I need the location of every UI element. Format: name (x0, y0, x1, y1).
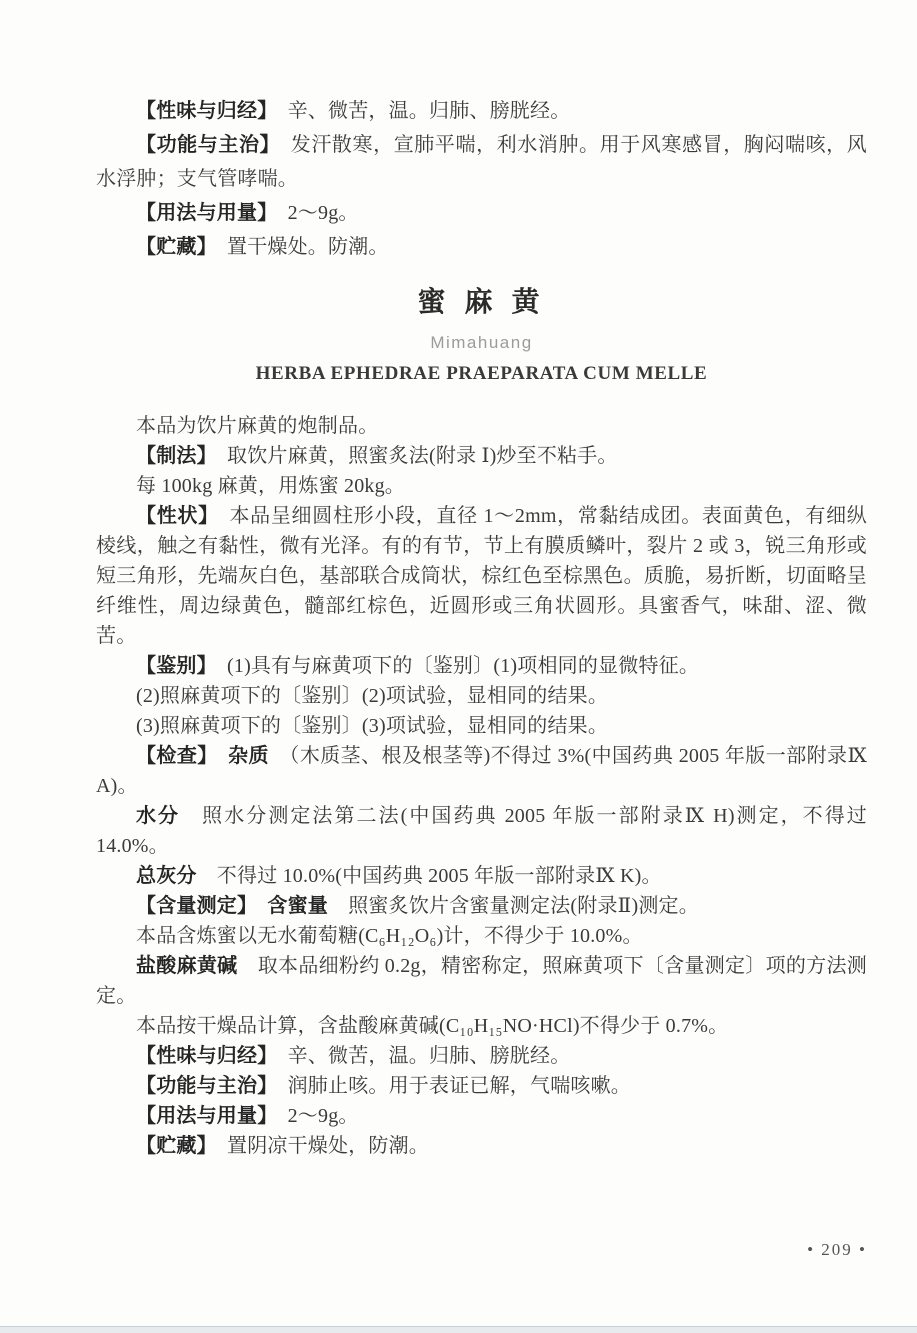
section-label: 【用法与用量】 (136, 1105, 267, 1127)
section-label: 【性味与归经】 (136, 100, 267, 122)
paragraph-examination-impurity: 【检查】 杂质 （木质茎、根及根茎等)不得过 3%(中国药典 2005 年版一部… (96, 741, 867, 801)
page-content: 【性味与归经】 辛、微苦，温。归肺、膀胱经。 【功能与主治】 发汗散寒，宣肺平喘… (96, 94, 867, 1161)
paragraph-text: 本品为饮片麻黄的炮制品。 (136, 415, 378, 437)
paragraph-functions: 【功能与主治】 发汗散寒，宣肺平喘，利水消肿。用于风寒感冒，胸闷喘咳，风水浮肿；… (96, 128, 867, 196)
paragraph-glucose-limit: 本品含炼蜜以无水葡萄糖(C₆H₁₂O₆)计，不得少于 10.0%。 (96, 921, 867, 951)
section-label: 【用法与用量】 (136, 202, 267, 224)
paragraph-text: 润肺止咳。用于表证已解，气喘咳嗽。 (267, 1075, 631, 1097)
paragraph-source: 本品为饮片麻黄的炮制品。 (96, 411, 867, 441)
section-label: 【性味与归经】 (136, 1045, 267, 1067)
paragraph-text: 置阴凉干燥处，防潮。 (207, 1135, 429, 1157)
monograph-title-block: 蜜 麻 黄 Mimahuang HERBA EPHEDRAE PRAEPARAT… (96, 286, 867, 387)
scan-edge-artifact (0, 1326, 917, 1333)
paragraph-text: (2)照麻黄项下的〔鉴别〕(2)项试验，显相同的结果。 (136, 685, 608, 707)
sub-label: 总灰分 (136, 865, 197, 887)
sub-label: 水分 (136, 805, 180, 827)
paragraph-honey-ratio: 每 100kg 麻黄，用炼蜜 20kg。 (96, 471, 867, 501)
paragraph-text: (3)照麻黄项下的〔鉴别〕(3)项试验，显相同的结果。 (136, 715, 608, 737)
paragraph-assay-honey: 【含量测定】 含蜜量 照蜜炙饮片含蜜量测定法(附录Ⅱ)测定。 (96, 891, 867, 921)
paragraph-identification-1: 【鉴别】 (1)具有与麻黄项下的〔鉴别〕(1)项相同的显微特征。 (96, 651, 867, 681)
paragraph-property-meridian: 【性味与归经】 辛、微苦，温。归肺、膀胱经。 (96, 94, 867, 128)
paragraph-text: 照水分测定法第二法(中国药典 2005 年版一部附录Ⅸ H)测定，不得过 14.… (96, 805, 867, 857)
paragraph-total-ash: 总灰分 不得过 10.0%(中国药典 2005 年版一部附录Ⅸ K)。 (96, 861, 867, 891)
sub-label: 盐酸麻黄碱 (136, 955, 237, 977)
paragraph-storage: 【贮藏】 置阴凉干燥处，防潮。 (96, 1131, 867, 1161)
monograph-body: 本品为饮片麻黄的炮制品。 【制法】 取饮片麻黄，照蜜炙法(附录 Ⅰ)炒至不粘手。… (96, 411, 867, 1161)
paragraph-text: 本品含炼蜜以无水葡萄糖(C₆H₁₂O₆)计，不得少于 10.0%。 (136, 925, 643, 947)
section-label: 【性状】 (136, 505, 209, 527)
section-label: 【鉴别】 (136, 655, 207, 677)
paragraph-text: 辛、微苦，温。归肺、膀胱经。 (267, 100, 570, 122)
sub-label: 含蜜量 (247, 895, 328, 917)
paragraph-text: 2～9g。 (267, 202, 358, 224)
monograph-title-latin: HERBA EPHEDRAE PRAEPARATA CUM MELLE (96, 361, 867, 387)
paragraph-text: 本品呈细圆柱形小段，直径 1～2mm，常黏结成团。表面黄色，有细纵棱线，触之有黏… (96, 505, 867, 647)
previous-monograph-tail: 【性味与归经】 辛、微苦，温。归肺、膀胱经。 【功能与主治】 发汗散寒，宣肺平喘… (96, 94, 867, 264)
section-label: 【制法】 (136, 445, 207, 467)
scanned-document-page: 【性味与归经】 辛、微苦，温。归肺、膀胱经。 【功能与主治】 发汗散寒，宣肺平喘… (0, 0, 917, 1333)
section-label: 【贮藏】 (136, 236, 207, 258)
paragraph-property-meridian: 【性味与归经】 辛、微苦，温。归肺、膀胱经。 (96, 1041, 867, 1071)
paragraph-text: 不得过 10.0%(中国药典 2005 年版一部附录Ⅸ K)。 (197, 865, 662, 887)
paragraph-text: (1)具有与麻黄项下的〔鉴别〕(1)项相同的显微特征。 (207, 655, 699, 677)
paragraph-description: 【性状】 本品呈细圆柱形小段，直径 1～2mm，常黏结成团。表面黄色，有细纵棱线… (96, 501, 867, 651)
paragraph-identification-3: (3)照麻黄项下的〔鉴别〕(3)项试验，显相同的结果。 (96, 711, 867, 741)
section-label: 【含量测定】 (136, 895, 247, 917)
paragraph-text: 本品按干燥品计算，含盐酸麻黄碱(C₁₀H₁₅NO·HCl)不得少于 0.7%。 (136, 1015, 728, 1037)
section-label: 【贮藏】 (136, 1135, 207, 1157)
monograph-title-chinese: 蜜 麻 黄 (96, 286, 867, 320)
paragraph-storage: 【贮藏】 置干燥处。防潮。 (96, 230, 867, 264)
paragraph-dosage: 【用法与用量】 2～9g。 (96, 196, 867, 230)
paragraph-text: 辛、微苦，温。归肺、膀胱经。 (267, 1045, 570, 1067)
monograph-title-pinyin: Mimahuang (96, 332, 867, 354)
paragraph-text: 2～9g。 (267, 1105, 358, 1127)
paragraph-text: 置干燥处。防潮。 (207, 236, 389, 258)
sub-label: 杂质 (208, 745, 269, 767)
section-label: 【功能与主治】 (136, 1075, 267, 1097)
paragraph-ephedrine-assay: 盐酸麻黄碱 取本品细粉约 0.2g，精密称定，照麻黄项下〔含量测定〕项的方法测定… (96, 951, 867, 1011)
paragraph-dosage: 【用法与用量】 2～9g。 (96, 1101, 867, 1131)
paragraph-text: 每 100kg 麻黄，用炼蜜 20kg。 (136, 475, 405, 497)
paragraph-text: 取饮片麻黄，照蜜炙法(附录 Ⅰ)炒至不粘手。 (207, 445, 618, 467)
paragraph-water-content: 水分 照水分测定法第二法(中国药典 2005 年版一部附录Ⅸ H)测定，不得过 … (96, 801, 867, 861)
page-number: • 209 • (807, 1240, 867, 1260)
paragraph-text: 照蜜炙饮片含蜜量测定法(附录Ⅱ)测定。 (328, 895, 699, 917)
paragraph-ephedrine-limit: 本品按干燥品计算，含盐酸麻黄碱(C₁₀H₁₅NO·HCl)不得少于 0.7%。 (96, 1011, 867, 1041)
paragraph-identification-2: (2)照麻黄项下的〔鉴别〕(2)项试验，显相同的结果。 (96, 681, 867, 711)
section-label: 【检查】 (136, 745, 208, 767)
section-label: 【功能与主治】 (136, 134, 270, 156)
paragraph-preparation: 【制法】 取饮片麻黄，照蜜炙法(附录 Ⅰ)炒至不粘手。 (96, 441, 867, 471)
paragraph-functions: 【功能与主治】 润肺止咳。用于表证已解，气喘咳嗽。 (96, 1071, 867, 1101)
